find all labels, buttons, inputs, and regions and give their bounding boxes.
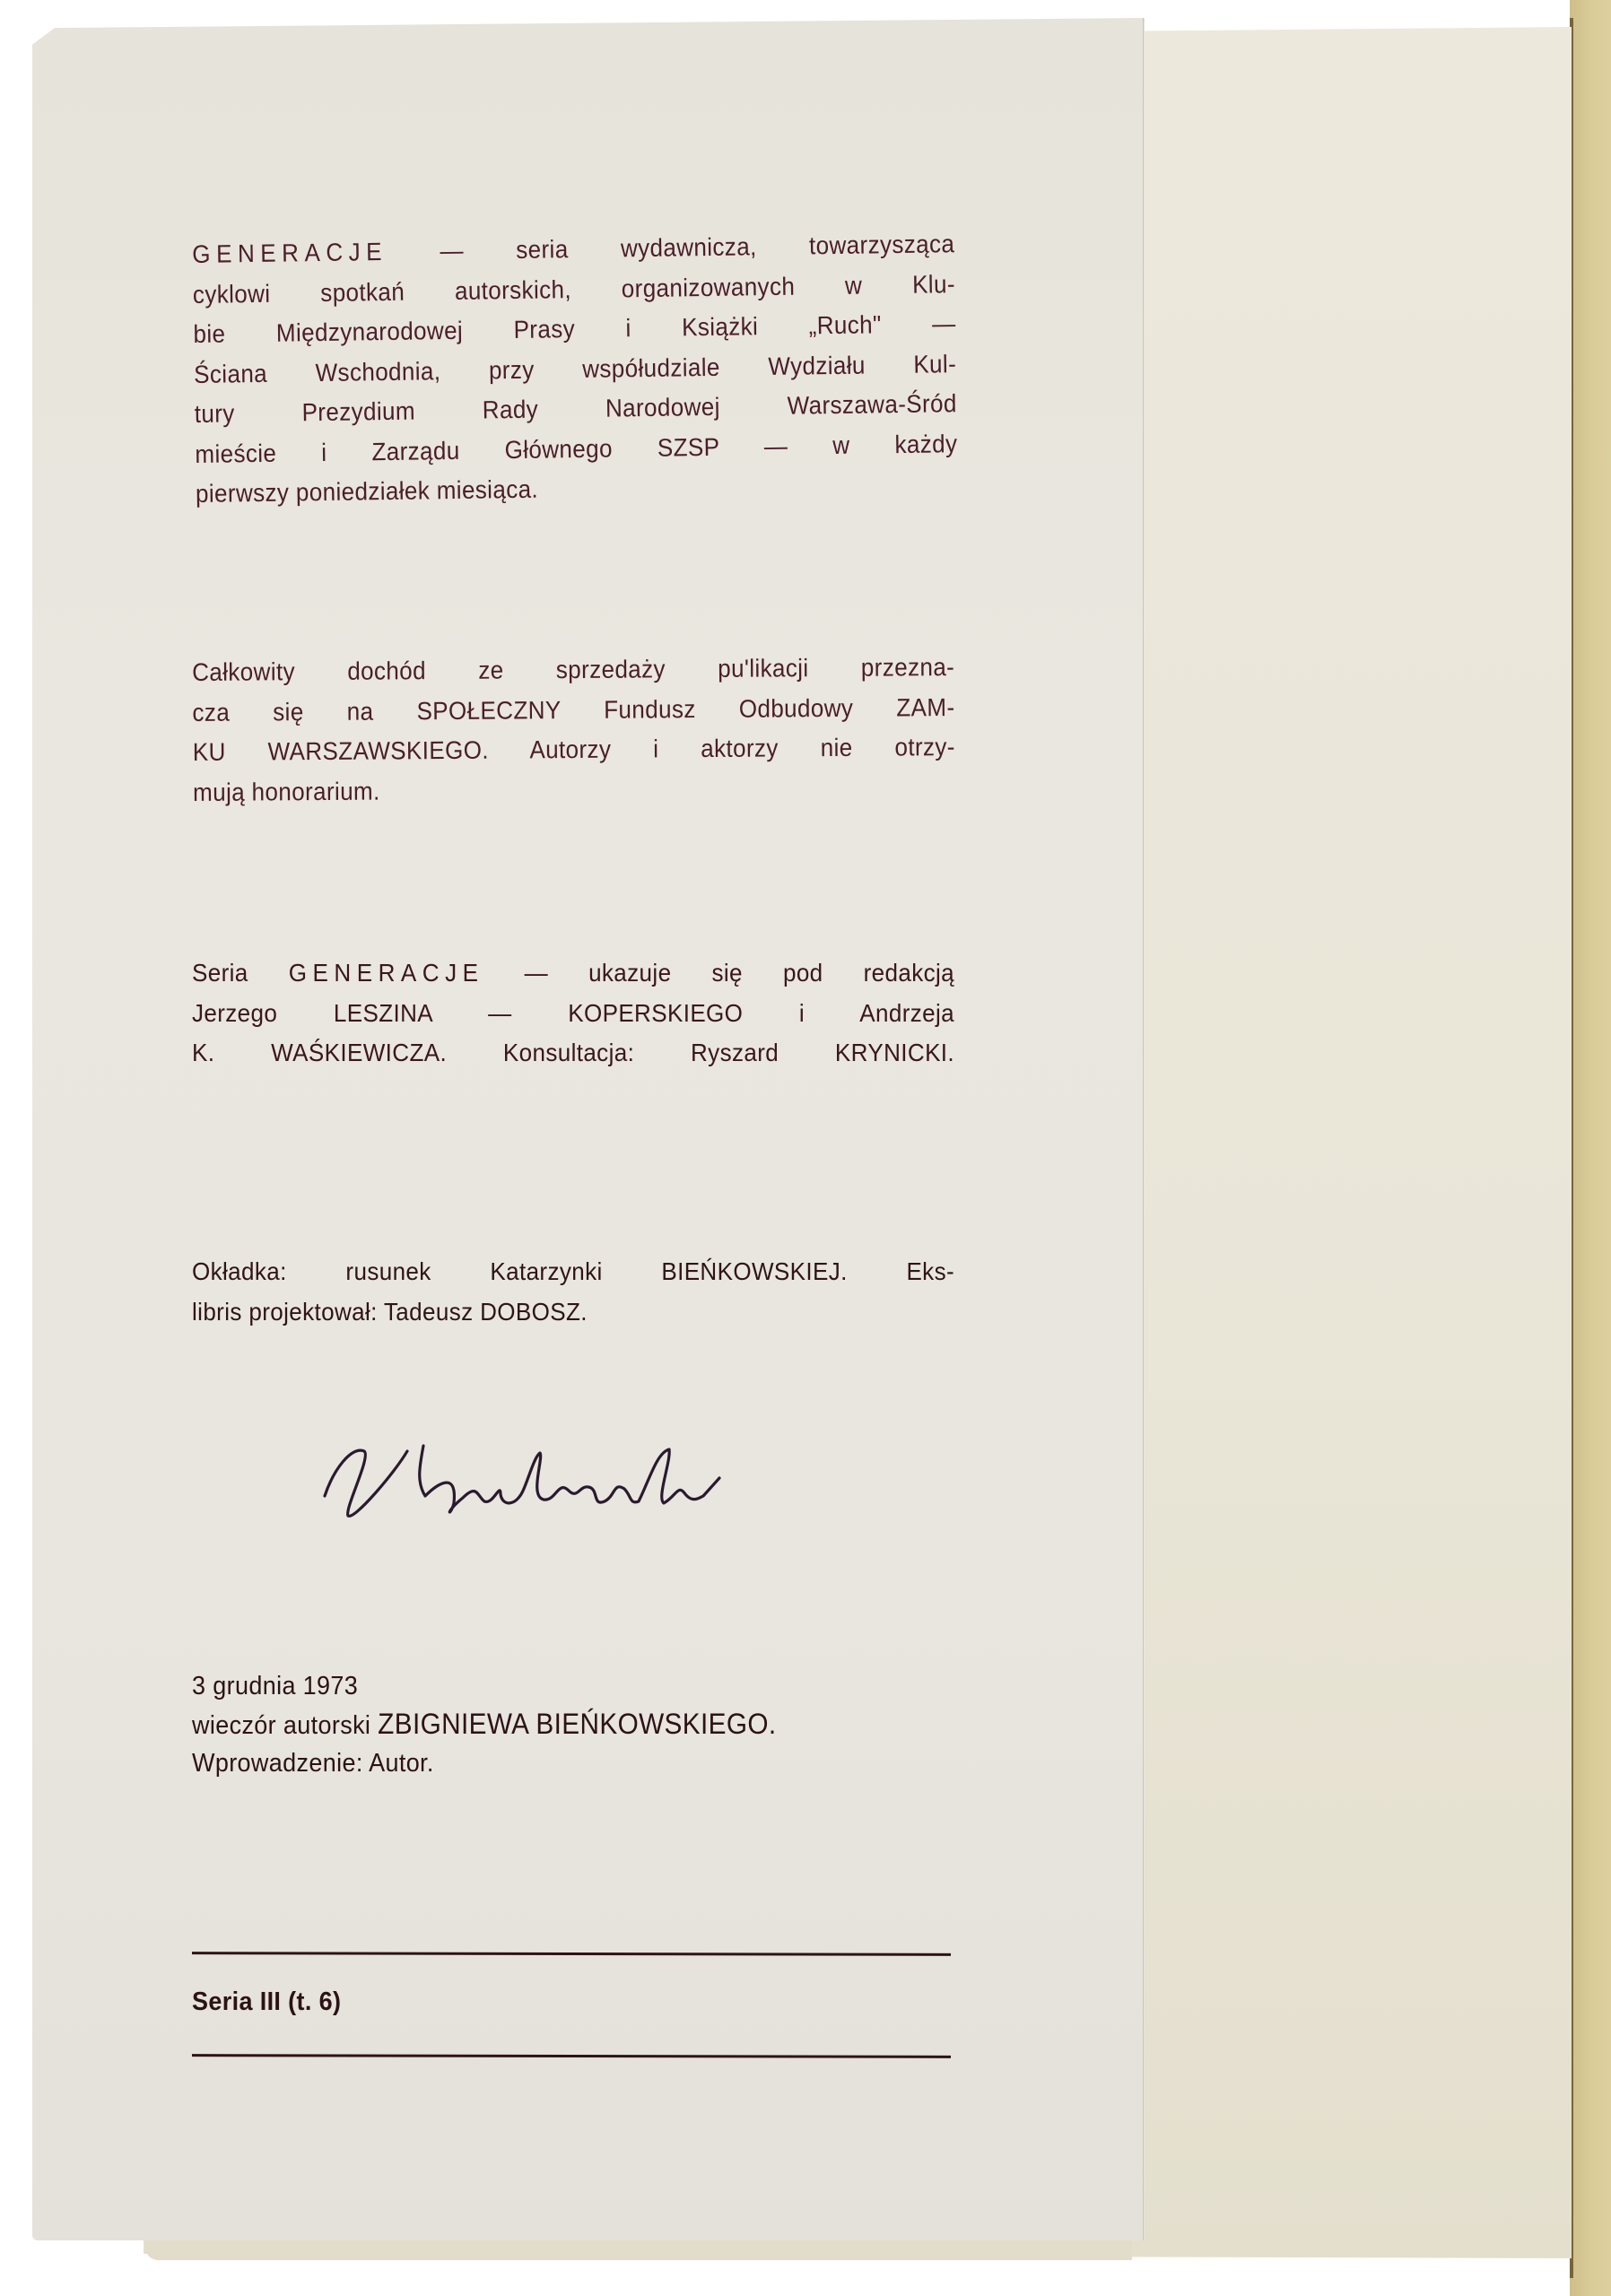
event-date: 3 grudnia 1973 — [192, 1667, 954, 1705]
text-line: Seria GENERACJE — ukazuje się pod redakc… — [192, 953, 954, 994]
text-line: mują honorarium. — [193, 768, 955, 813]
series-label: Seria III (t. 6) — [192, 1982, 954, 2022]
series-name: GENERACJE — [289, 959, 484, 987]
series-description-paragraph: GENERACJE — seria wydawnicza, towarzyszą… — [192, 224, 958, 514]
proceeds-paragraph: Całkowity dochód ze sprzedaży pu'likacji… — [192, 648, 955, 813]
text-line: cza się na SPOŁECZNY Fundusz Odbudowy ZA… — [192, 688, 954, 733]
event-title: wieczór autorski ZBIGNIEWA BIEŃKOWSKIEGO… — [192, 1705, 954, 1744]
text-line: Jerzego LESZINA — KOPERSKIEGO i Andrzeja — [192, 994, 954, 1034]
event-info: 3 grudnia 1973 wieczór autorski ZBIGNIEW… — [192, 1667, 954, 1782]
handwritten-signature — [309, 1426, 847, 1534]
book-cover-edge — [1570, 0, 1611, 2296]
text-line: KU WARSZAWSKIEGO. Autorzy i aktorzy nie … — [193, 727, 955, 772]
text-line: libris projektował: Tadeusz DOBOSZ. — [192, 1292, 954, 1333]
front-sheet-edge — [1143, 18, 1144, 2240]
event-introduction: Wprowadzenie: Autor. — [192, 1744, 954, 1782]
editors-paragraph: Seria GENERACJE — ukazuje się pod redakc… — [192, 953, 954, 1074]
text-line: K. WAŚKIEWICZA. Konsultacja: Ryszard KRY… — [192, 1033, 954, 1074]
text-line: Całkowity dochód ze sprzedaży pu'likacji… — [192, 648, 954, 692]
cover-credits-paragraph: Okładka: rusunek Katarzynki BIEŃKOWSKIEJ… — [192, 1252, 954, 1332]
author-name: ZBIGNIEWA BIEŃKOWSKIEGO. — [378, 1708, 776, 1740]
series-name: GENERACJE — [192, 238, 388, 268]
text-line: Okładka: rusunek Katarzynki BIEŃKOWSKIEJ… — [192, 1252, 954, 1292]
